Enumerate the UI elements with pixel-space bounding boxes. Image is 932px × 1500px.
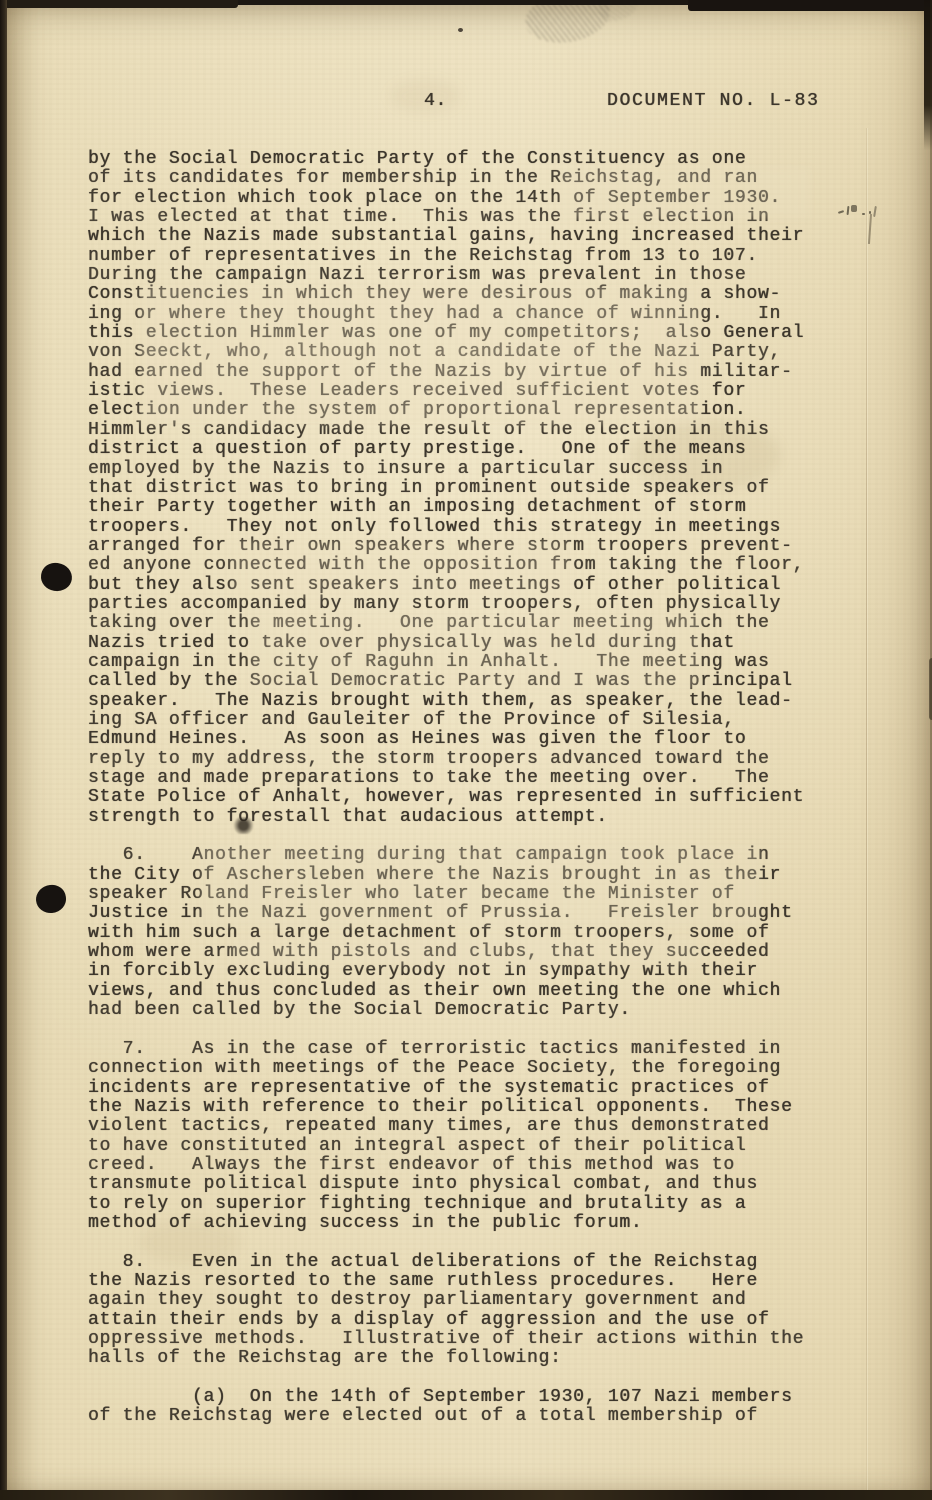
document-line: troopers. They not only followed this st…	[88, 518, 804, 537]
scan-edge-top-left	[0, 0, 238, 8]
document-line: During the campaign Nazi terrorism was p…	[88, 266, 804, 285]
document-line: halls of the Reichstag are the following…	[88, 1349, 804, 1368]
document-line: Constituencies in which they were desiro…	[88, 285, 804, 304]
document-line: by the Social Democratic Party of the Co…	[88, 150, 804, 169]
document-line: Edmund Heines. As soon as Heines was giv…	[88, 730, 804, 749]
hole-punch	[39, 561, 74, 593]
document-number-label: DOCUMENT NO. L-83	[607, 92, 820, 111]
document-line: ing SA officer and Gauleiter of the Prov…	[88, 711, 804, 730]
document-line: to have constituted an integral aspect o…	[88, 1137, 804, 1156]
document-line: attain their ends by a display of aggres…	[88, 1311, 804, 1330]
document-line	[88, 1369, 804, 1388]
document-line: von Seeckt, who, although not a candidat…	[88, 343, 804, 362]
document-line: employed by the Nazis to insure a partic…	[88, 460, 804, 479]
document-line	[88, 1020, 804, 1039]
document-line: 6. Another meeting during that campaign …	[88, 846, 804, 865]
document-line: method of achieving success in the publi…	[88, 1214, 804, 1233]
document-line: this election Himmler was one of my comp…	[88, 324, 804, 343]
document-line: 7. As in the case of terroristic tactics…	[88, 1040, 804, 1059]
document-line: strength to forestall that audacious att…	[88, 808, 804, 827]
document-line: parties accompanied by many storm troope…	[88, 595, 804, 614]
document-line: the City of Aschersleben where the Nazis…	[88, 866, 804, 885]
document-line: called by the Social Democratic Party an…	[88, 672, 804, 691]
document-line: of the Reichstag were elected out of a t…	[88, 1407, 804, 1426]
document-line: number of representatives in the Reichst…	[88, 247, 804, 266]
document-line: had earned the support of the Nazis by v…	[88, 363, 804, 382]
document-line: which the Nazis made substantial gains, …	[88, 227, 804, 246]
document-line: State Police of Anhalt, however, was rep…	[88, 788, 804, 807]
document-line: 8. Even in the actual deliberations of t…	[88, 1253, 804, 1272]
hole-punch	[35, 884, 68, 915]
document-line: but they also sent speakers into meeting…	[88, 576, 804, 595]
paper-crease	[866, 128, 867, 1492]
scan-edge-bottom	[0, 1490, 932, 1500]
document-line: transmute political dispute into physica…	[88, 1175, 804, 1194]
document-line: arranged for their own speakers where st…	[88, 537, 804, 556]
scan-edge-top-right	[688, 0, 932, 11]
document-line: the Nazis resorted to the same ruthless …	[88, 1272, 804, 1291]
ink-smudge	[232, 817, 255, 834]
document-line: violent tactics, repeated many times, ar…	[88, 1117, 804, 1136]
document-line: the Nazis with reference to their politi…	[88, 1098, 804, 1117]
document-line	[88, 1233, 804, 1252]
document-line: had been called by the Social Democratic…	[88, 1001, 804, 1020]
document-line: to rely on superior fighting technique a…	[88, 1195, 804, 1214]
document-line: in forcibly excluding everybody not in s…	[88, 962, 804, 981]
document-line: speaker. The Nazis brought with them, as…	[88, 692, 804, 711]
document-line: istic views. These Leaders received suff…	[88, 382, 804, 401]
document-line: stage and made preparations to take the …	[88, 769, 804, 788]
page-number: 4.	[424, 92, 447, 111]
document-line: taking over the meeting. One particular …	[88, 614, 804, 633]
document-line: whom were armed with pistols and clubs, …	[88, 943, 804, 962]
document-line: their Party together with an imposing de…	[88, 498, 804, 517]
document-line: Justice in the Nazi government of Prussi…	[88, 904, 804, 923]
document-body: by the Social Democratic Party of the Co…	[88, 150, 804, 1427]
document-line: creed. Always the first endeavor of this…	[88, 1156, 804, 1175]
document-line: I was elected at that time. This was the…	[88, 208, 804, 227]
document-line: election under the system of proportiona…	[88, 401, 804, 420]
pencil-mark	[836, 202, 882, 228]
document-line: incidents are representative of the syst…	[88, 1079, 804, 1098]
document-line: (a) On the 14th of September 1930, 107 N…	[88, 1388, 804, 1407]
ink-speck	[458, 28, 463, 32]
document-line: Himmler's candidacy made the result of t…	[88, 421, 804, 440]
document-line: Nazis tried to take over physically was …	[88, 634, 804, 653]
document-line: with him such a large detachment of stor…	[88, 924, 804, 943]
scan-edge-left	[0, 0, 7, 1500]
document-line: speaker Roland Freisler who later became…	[88, 885, 804, 904]
document-line: views, and thus concluded as their own m…	[88, 982, 804, 1001]
document-line: connection with meetings of the Peace So…	[88, 1059, 804, 1078]
scanned-document-page: 4. DOCUMENT NO. L-83 by the Social Democ…	[0, 0, 932, 1500]
document-line: oppressive methods. Illustrative of thei…	[88, 1330, 804, 1349]
document-line: for election which took place on the 14t…	[88, 189, 804, 208]
document-line: district a question of party prestige. O…	[88, 440, 804, 459]
document-line: of its candidates for membership in the …	[88, 169, 804, 188]
document-line: campaign in the city of Raguhn in Anhalt…	[88, 653, 804, 672]
document-line: that district was to bring in prominent …	[88, 479, 804, 498]
document-line: reply to my address, the storm troopers …	[88, 750, 804, 769]
document-line: ed anyone connected with the opposition …	[88, 556, 804, 575]
document-line	[88, 827, 804, 846]
document-line: again they sought to destroy parliamenta…	[88, 1291, 804, 1310]
document-line: ing or where they thought they had a cha…	[88, 305, 804, 324]
